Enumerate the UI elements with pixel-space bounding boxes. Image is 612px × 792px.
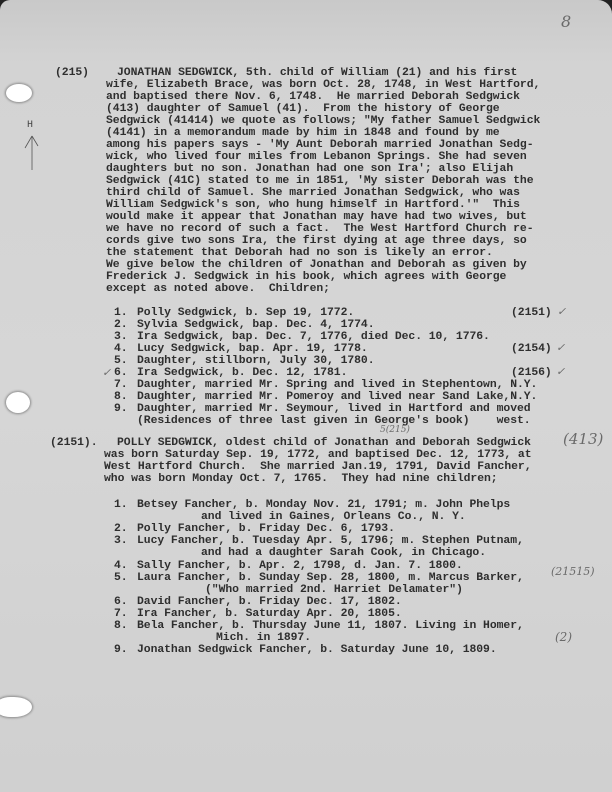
checkmark-icon: ✓: [557, 305, 566, 318]
item-ref: (2154): [511, 344, 552, 356]
item-number: 3.: [114, 536, 128, 548]
punch-hole: [6, 84, 32, 102]
checkmark-icon: ✓: [556, 341, 565, 354]
item-number: 5.: [114, 573, 128, 585]
margin-annotation: H: [22, 120, 42, 170]
item-number: 9.: [114, 404, 128, 416]
item-number: 8.: [114, 621, 128, 633]
handwritten-page-number: 8: [561, 12, 571, 31]
punch-hole: [6, 392, 30, 413]
text-line: who was born Monday Oct. 7, 1765. They h…: [104, 474, 498, 486]
item-text: Bela Fancher, b. Thursday June 11, 1807.…: [137, 621, 524, 633]
punch-hole: [0, 697, 32, 717]
text-line: except as noted above. Children;: [106, 284, 330, 296]
handwritten-ref: (2): [555, 630, 572, 644]
children-note: (Residences of three last given in Georg…: [137, 416, 531, 428]
item-number: 1.: [114, 500, 128, 512]
document-page: 8 H (215) JONATHAN SEDGWICK, 5th. child …: [0, 0, 612, 792]
item-ref: (2151): [511, 308, 552, 320]
handwritten-annotation: 5(215): [380, 425, 410, 435]
arrow-up-icon: [22, 132, 42, 172]
checkmark-icon: ✓: [102, 366, 111, 379]
handwritten-ref: (413): [563, 430, 603, 448]
item-number: 9.: [114, 645, 128, 657]
handwritten-ref: (21515): [551, 565, 595, 578]
checkmark-icon: ✓: [556, 365, 565, 378]
margin-letter: H: [27, 120, 33, 131]
entry-ref-2151: (2151).: [50, 438, 98, 450]
item-text: Jonathan Sedgwick Fancher, b. Saturday J…: [137, 645, 497, 657]
entry-ref-215: (215): [55, 68, 89, 80]
item-continuation: and had a daughter Sarah Cook, in Chicag…: [201, 548, 486, 560]
